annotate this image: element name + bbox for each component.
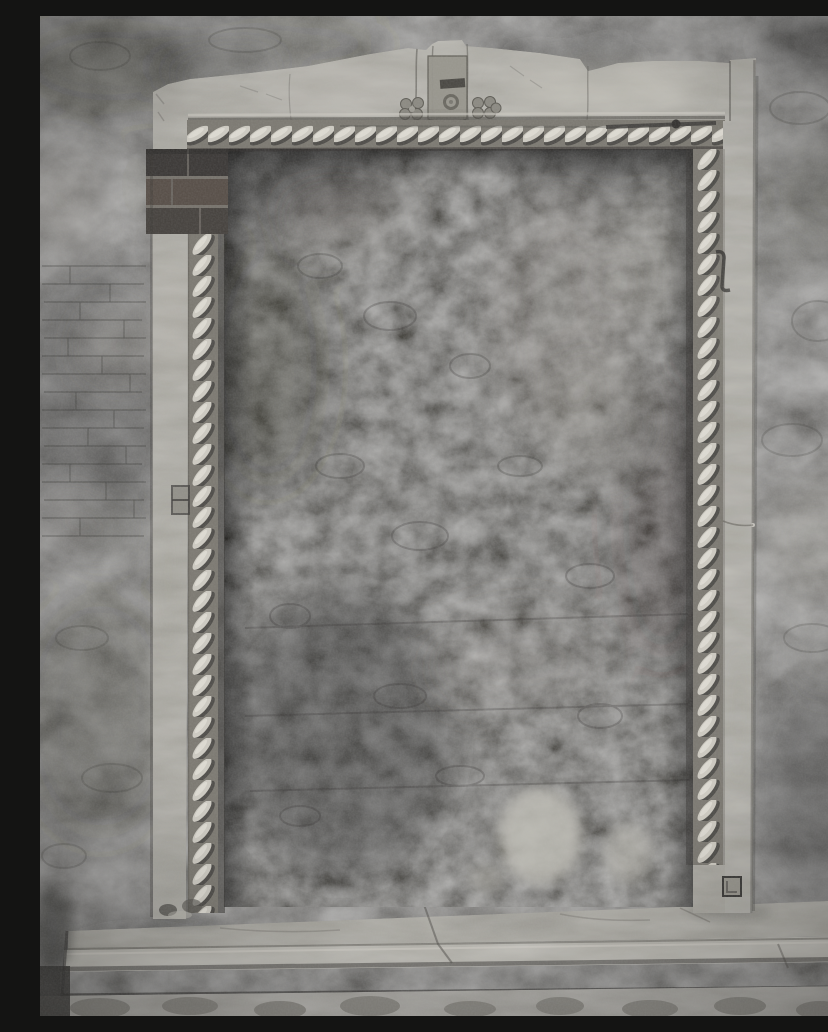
photo-grain-vignette (40, 16, 828, 1016)
portal-photograph (40, 16, 828, 1016)
photo-canvas (40, 16, 828, 1016)
